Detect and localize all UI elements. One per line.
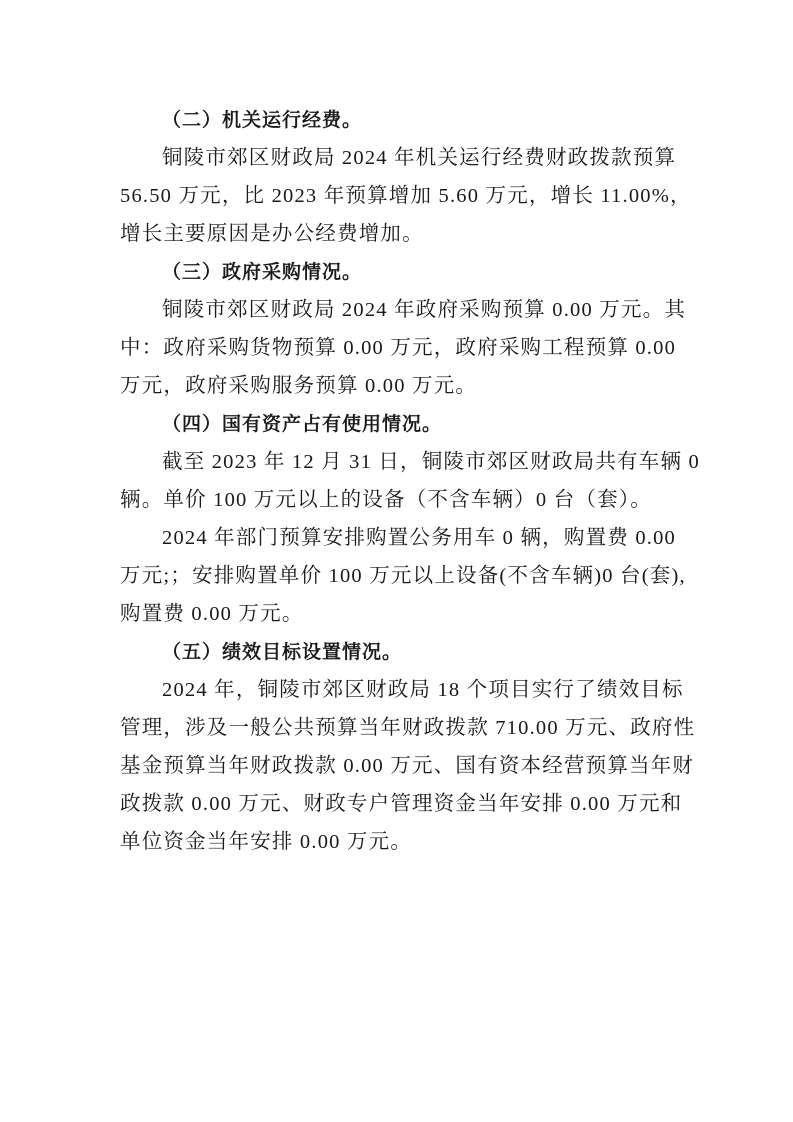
paragraph-performance-targets: 2024 年，铜陵市郊区财政局 18 个项目实行了绩效目标 管理，涉及一般公共预…	[120, 671, 676, 861]
document-page: （二）机关运行经费。 铜陵市郊区财政局 2024 年机关运行经费财政拨款预算 5…	[120, 101, 676, 861]
paragraph-state-assets-purchase-plan: 2024 年部门预算安排购置公务用车 0 辆，购置费 0.00 万元;；安排购置…	[120, 519, 676, 633]
text-line: 万元;；安排购置单价 100 万元以上设备(不含车辆)0 台(套),	[120, 557, 676, 595]
text-line: 中：政府采购货物预算 0.00 万元，政府采购工程预算 0.00	[120, 329, 676, 367]
text-line: 万元，政府采购服务预算 0.00 万元。	[120, 367, 676, 405]
text-line: 截至 2023 年 12 月 31 日，铜陵市郊区财政局共有车辆 0	[120, 443, 676, 481]
text-line: 管理，涉及一般公共预算当年财政拨款 710.00 万元、政府性	[120, 709, 676, 747]
section-heading-operating-expenses: （二）机关运行经费。	[120, 101, 676, 139]
section-heading-government-procurement: （三）政府采购情况。	[120, 253, 676, 291]
section-heading-performance-targets: （五）绩效目标设置情况。	[120, 633, 676, 671]
text-line: 辆。单价 100 万元以上的设备（不含车辆）0 台（套）。	[120, 481, 676, 519]
text-line: 56.50 万元，比 2023 年预算增加 5.60 万元，增长 11.00%，	[120, 177, 676, 215]
section-heading-state-assets: （四）国有资产占有使用情况。	[120, 405, 676, 443]
text-line: 购置费 0.00 万元。	[120, 595, 676, 633]
text-line: 增长主要原因是办公经费增加。	[120, 215, 676, 253]
text-line: 铜陵市郊区财政局 2024 年政府采购预算 0.00 万元。其	[120, 291, 676, 329]
text-line: 2024 年部门预算安排购置公务用车 0 辆，购置费 0.00	[120, 519, 676, 557]
paragraph-government-procurement: 铜陵市郊区财政局 2024 年政府采购预算 0.00 万元。其 中：政府采购货物…	[120, 291, 676, 405]
text-line: 2024 年，铜陵市郊区财政局 18 个项目实行了绩效目标	[120, 671, 676, 709]
paragraph-state-assets-holdings: 截至 2023 年 12 月 31 日，铜陵市郊区财政局共有车辆 0 辆。单价 …	[120, 443, 676, 519]
paragraph-operating-expenses: 铜陵市郊区财政局 2024 年机关运行经费财政拨款预算 56.50 万元，比 2…	[120, 139, 676, 253]
text-line: 铜陵市郊区财政局 2024 年机关运行经费财政拨款预算	[120, 139, 676, 177]
text-line: 政拨款 0.00 万元、财政专户管理资金当年安排 0.00 万元和	[120, 785, 676, 823]
text-line: 基金预算当年财政拨款 0.00 万元、国有资本经营预算当年财	[120, 747, 676, 785]
text-line: 单位资金当年安排 0.00 万元。	[120, 823, 676, 861]
